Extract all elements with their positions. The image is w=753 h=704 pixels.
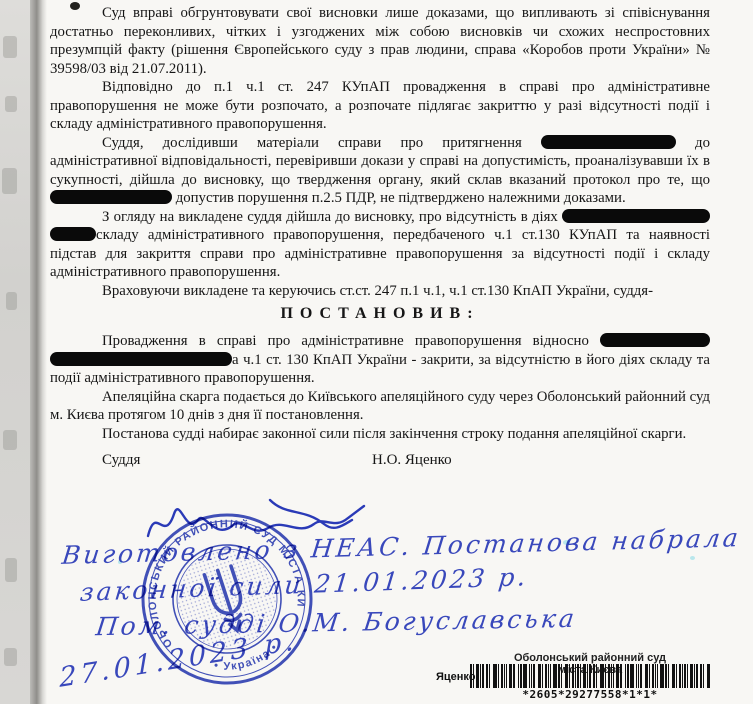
judge-name: Н.О. Яценко — [372, 451, 452, 470]
paragraph: Суд вправі обгрунтовувати свої висновки … — [50, 4, 710, 78]
barcode-number: *2605*29277558*1*1* — [470, 688, 710, 701]
resolution-paragraphs: Провадження в справі про адміністративне… — [50, 332, 710, 443]
paragraph: Враховуючи викладене та керуючись ст.ст.… — [50, 282, 710, 301]
redaction-bar — [541, 135, 676, 149]
signature-row: Суддя Н.О. Яценко — [50, 451, 710, 473]
paragraph: Апеляційна скарга подається до Київськог… — [50, 388, 710, 425]
judge-label: Суддя — [102, 451, 140, 470]
scanned-court-ruling-page: Суд вправі обгрунтовувати свої висновки … — [0, 0, 753, 704]
redaction-bar — [50, 227, 96, 241]
footer-court-line1: Оболонський районний суд — [470, 652, 710, 664]
paragraph: Відповідно до п.1 ч.1 ст. 247 КУпАП пров… — [50, 78, 710, 134]
paragraph: Провадження в справі про адміністративне… — [50, 332, 710, 388]
barcode — [470, 664, 710, 688]
paragraph: З огляду на викладене суддя дійшла до ви… — [50, 208, 710, 282]
redaction-bar — [50, 352, 232, 366]
redaction-bar — [562, 209, 710, 223]
resolution-heading: ПОСТАНОВИВ: — [50, 304, 710, 324]
paragraph: Суддя, дослідивши матеріали справи про п… — [50, 134, 710, 208]
paper-fold-edge — [30, 0, 47, 704]
redaction-bar — [50, 190, 172, 204]
redaction-bar — [600, 333, 710, 347]
paragraph: Постанова судді набирає законної сили пі… — [50, 425, 710, 444]
cyan-speck — [690, 556, 695, 560]
scan-edge-strip — [0, 0, 30, 704]
paragraphs: Суд вправі обгрунтовувати свої висновки … — [50, 4, 710, 300]
document-body: Суд вправі обгрунтовувати свої висновки … — [50, 4, 710, 473]
